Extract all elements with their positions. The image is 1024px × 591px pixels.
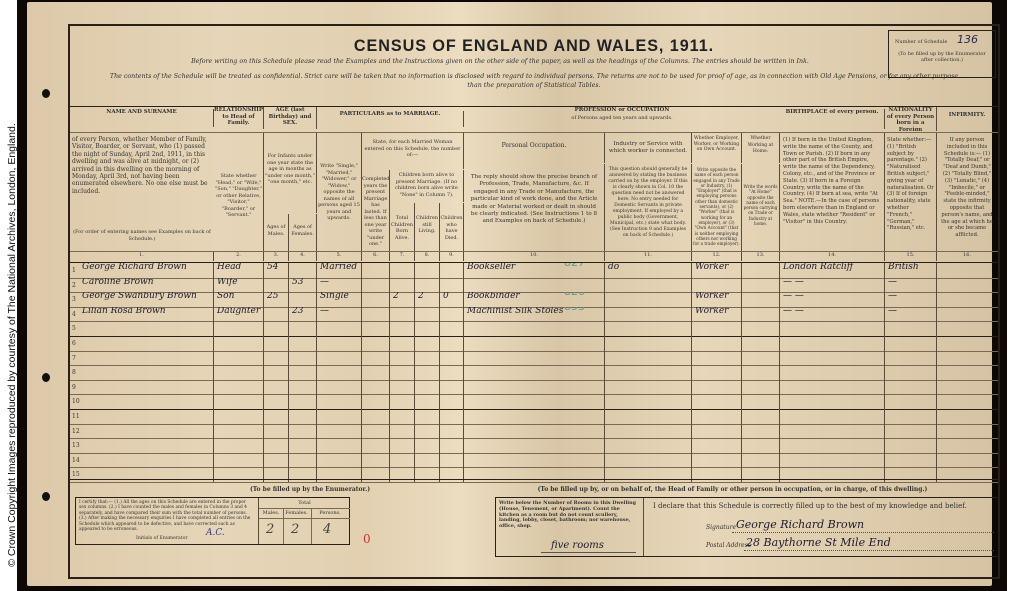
cell-living (415, 351, 440, 366)
cell-total (390, 351, 415, 366)
total-females: 2 (291, 522, 299, 537)
cell-living (415, 307, 440, 322)
col-home: Whether Working at Home. (742, 133, 780, 163)
cell-employer: Worker (692, 263, 742, 278)
cell-age-f (289, 292, 317, 307)
cell-name: Lilian Rosa Brown (70, 307, 214, 322)
cell-years (362, 321, 390, 336)
cell-total (390, 336, 415, 351)
cell-nationality: — (885, 292, 937, 307)
cell-total (390, 307, 415, 322)
cell-occupation (464, 278, 605, 293)
cell-living: 2 (415, 292, 440, 307)
cell-name (70, 365, 214, 380)
cell-relationship: Head (214, 263, 264, 278)
cell-occupation (464, 336, 605, 351)
cell-age-f (289, 453, 317, 468)
cell-name (70, 394, 214, 409)
cell-living (415, 438, 440, 453)
cell-total (390, 424, 415, 439)
table-row: Caroline BrownWife53—— ——2 (70, 278, 998, 293)
cell-nationality (885, 351, 937, 366)
cell-age-f (289, 336, 317, 351)
table-row: 6 (70, 336, 998, 351)
cell-years (362, 351, 390, 366)
col-num: 16. (937, 252, 997, 261)
col-marriage-write: Write "Single," "Married," "Widower," or… (317, 133, 362, 251)
cell-nationality (885, 336, 937, 351)
cell-employer (692, 351, 742, 366)
col-num: 5. (317, 252, 362, 261)
col-marriage-state: State, for each Married Woman entered on… (362, 133, 464, 169)
col-num: 13. (742, 252, 780, 261)
col-children-total: Total Children Born Alive. (390, 203, 415, 251)
row-number: 15 (72, 471, 80, 478)
col-num: 2. (214, 252, 264, 261)
rooms-instruction: Write below the Number of Rooms in this … (499, 501, 639, 530)
cell-marriage: — (317, 278, 362, 293)
punch-hole (42, 492, 50, 501)
occupation-code: 853 (564, 307, 585, 311)
cell-relationship: Daughter (214, 307, 264, 322)
cell-home (742, 424, 780, 439)
cell-died (440, 336, 464, 351)
cell-name (70, 380, 214, 395)
cell-home (742, 453, 780, 468)
cell-infirmity (937, 380, 997, 395)
cell-relationship: Wife (214, 278, 264, 293)
cell-years (362, 307, 390, 322)
table-row: 13 (70, 438, 998, 453)
cell-marriage: Single (317, 292, 362, 307)
cell-relationship (214, 365, 264, 380)
cell-living (415, 336, 440, 351)
col-num: 15. (885, 252, 937, 261)
cell-industry (605, 438, 692, 453)
cell-died (440, 278, 464, 293)
cell-home (742, 438, 780, 453)
cell-years (362, 409, 390, 424)
col-personal-desc: The reply should show the precise branch… (464, 164, 605, 251)
census-form: CENSUS OF ENGLAND AND WALES, 1911. Befor… (68, 24, 1000, 579)
cell-value: Head (217, 264, 241, 271)
cell-relationship (214, 336, 264, 351)
cell-home (742, 351, 780, 366)
cell-years (362, 292, 390, 307)
enumerator-heading: (To be filled up by the Enumerator.) (160, 486, 460, 493)
cell-relationship (214, 438, 264, 453)
cell-employer (692, 380, 742, 395)
col-nationality-desc: State whether:— (1) "British subject by … (885, 133, 937, 251)
cell-value: 2 (418, 293, 424, 300)
cell-employer: Worker (692, 307, 742, 322)
row-number: 6 (72, 340, 76, 347)
cell-total (390, 453, 415, 468)
cell-value: Married (320, 264, 357, 271)
cell-years (362, 365, 390, 380)
cell-age-m (264, 307, 289, 322)
total-males: 2 (266, 522, 274, 537)
cell-birthplace (780, 365, 885, 380)
cell-nationality (885, 409, 937, 424)
cell-birthplace: — — (780, 292, 885, 307)
cell-occupation (464, 424, 605, 439)
row-number: 12 (72, 428, 80, 435)
cell-occupation (464, 438, 605, 453)
cell-value: Wife (217, 279, 238, 286)
cell-value: Single (320, 293, 349, 300)
col-num: 7. (390, 252, 415, 261)
col-nationality-header: NATIONALITY of every Person born in a Fo… (885, 107, 937, 131)
cell-name (70, 409, 214, 424)
cell-died (440, 351, 464, 366)
row-number: 7 (72, 355, 76, 362)
cell-nationality: — (885, 278, 937, 293)
cell-value: Worker (695, 308, 728, 315)
cell-years (362, 278, 390, 293)
row-number: 9 (72, 384, 76, 391)
cell-value: Worker (695, 264, 728, 271)
table-row: 14 (70, 453, 998, 468)
cell-infirmity (937, 307, 997, 322)
cell-age-m (264, 409, 289, 424)
col-marriage-header: PARTICULARS as to MARRIAGE. (317, 111, 464, 127)
cell-years (362, 336, 390, 351)
cell-age-m: 54 (264, 263, 289, 278)
cell-industry (605, 307, 692, 322)
cell-value: — — (783, 308, 804, 315)
cell-value: Worker (695, 293, 728, 300)
col-employer: Whether Employer, Worker, or Working on … (692, 133, 742, 163)
cell-nationality: British (885, 263, 937, 278)
col-birthplace-header: BIRTHPLACE of every person. (780, 109, 885, 129)
cell-age-f (289, 424, 317, 439)
cell-value: Daughter (217, 308, 260, 315)
col-num: 4. (289, 252, 317, 261)
enumerator-initials: A.C. (206, 528, 225, 538)
cell-value: 53 (292, 279, 303, 286)
cell-age-m (264, 321, 289, 336)
cell-total (390, 365, 415, 380)
cell-age-f (289, 365, 317, 380)
col-num: 12. (692, 252, 742, 261)
occupation-code: 826 (564, 292, 585, 296)
postal-address-value: 28 Baythorne St Mile End (746, 536, 891, 549)
cell-name (70, 424, 214, 439)
cell-home (742, 394, 780, 409)
cell-employer (692, 394, 742, 409)
row-number: 13 (72, 442, 80, 449)
col-industry-desc: This question should generally be answer… (605, 164, 692, 251)
cell-marriage (317, 365, 362, 380)
cell-value: 2 (393, 293, 399, 300)
signature-label: Signature (706, 524, 736, 531)
cell-died (440, 380, 464, 395)
col-home-desc: Write the words "At Home" opposite the n… (742, 164, 780, 251)
table-row: 10 (70, 394, 998, 409)
cell-employer (692, 438, 742, 453)
punch-hole (42, 89, 50, 98)
cell-total (390, 394, 415, 409)
cell-industry (605, 321, 692, 336)
row-number: 3 (72, 296, 76, 303)
cell-industry (605, 351, 692, 366)
cell-infirmity (937, 336, 997, 351)
head-section-box: Write below the Number of Rooms in this … (495, 497, 998, 557)
cell-name (70, 351, 214, 366)
cell-age-m (264, 394, 289, 409)
cell-employer (692, 321, 742, 336)
cell-value: Machinist Silk Stoles (467, 308, 563, 315)
schedule-number-box: Number of Schedule 136 (To be filled up … (888, 30, 996, 78)
cell-living (415, 321, 440, 336)
col-personal-occupation: Personal Occupation. (464, 133, 605, 163)
cell-age-m (264, 365, 289, 380)
cell-years (362, 394, 390, 409)
cell-employer (692, 365, 742, 380)
cell-age-m (264, 380, 289, 395)
cell-birthplace (780, 409, 885, 424)
cell-home (742, 263, 780, 278)
cell-died (440, 394, 464, 409)
cell-living (415, 453, 440, 468)
cell-died (440, 263, 464, 278)
table-row: 7 (70, 351, 998, 366)
cell-birthplace: — — (780, 307, 885, 322)
cell-birthplace (780, 424, 885, 439)
schedule-number-value: 136 (957, 33, 978, 46)
cell-relationship (214, 453, 264, 468)
cell-name: George Richard Brown (70, 263, 214, 278)
table-row: 9 (70, 380, 998, 395)
declaration-text: I declare that this Schedule is correctl… (653, 502, 967, 510)
cell-living (415, 424, 440, 439)
cell-years (362, 453, 390, 468)
cell-infirmity (937, 263, 997, 278)
cell-marriage (317, 394, 362, 409)
cell-value: 54 (267, 264, 278, 271)
total-label: Total (259, 500, 350, 506)
cell-employer (692, 336, 742, 351)
cell-industry (605, 292, 692, 307)
cell-infirmity (937, 278, 997, 293)
cell-infirmity (937, 409, 997, 424)
cell-relationship (214, 321, 264, 336)
cell-occupation (464, 409, 605, 424)
schedule-number-note: (To be filled up by the Enumerator after… (893, 51, 991, 63)
cell-birthplace (780, 321, 885, 336)
cell-name (70, 336, 214, 351)
cell-value: Lilian Rosa Brown (82, 308, 166, 315)
cell-nationality (885, 424, 937, 439)
cell-value: British (888, 264, 919, 271)
cell-total (390, 409, 415, 424)
cell-birthplace (780, 438, 885, 453)
cell-birthplace: — — (780, 278, 885, 293)
col-num: 11. (605, 252, 692, 261)
col-age-header: AGE (last Birthday) and SEX. (264, 107, 317, 129)
cell-age-m (264, 438, 289, 453)
cell-died (440, 409, 464, 424)
cell-age-f (289, 409, 317, 424)
cell-value: — (320, 279, 329, 286)
col-infirmity-header: INFIRMITY. (937, 112, 997, 126)
cell-value: do (608, 264, 619, 271)
cell-industry (605, 394, 692, 409)
cell-age-f: 53 (289, 278, 317, 293)
signature-value: George Richard Brown (736, 518, 864, 531)
cell-value: 0 (443, 293, 449, 300)
cell-died (440, 424, 464, 439)
cell-relationship (214, 394, 264, 409)
cell-infirmity (937, 438, 997, 453)
cell-marriage: — (317, 307, 362, 322)
col-num: 14. (780, 252, 885, 261)
cell-age-m (264, 424, 289, 439)
cell-occupation (464, 321, 605, 336)
cell-marriage (317, 321, 362, 336)
females-label: Females. (283, 510, 310, 516)
cell-industry (605, 424, 692, 439)
cell-occupation: Bookseller827 (464, 263, 605, 278)
cell-age-m (264, 351, 289, 366)
cell-total: 2 (390, 292, 415, 307)
row-number: 11 (72, 413, 80, 420)
cell-total (390, 438, 415, 453)
cell-value: — (888, 279, 897, 286)
total-persons: 4 (323, 522, 331, 537)
table-row: 11 (70, 409, 998, 424)
col-name-desc: of every Person, whether Member of Famil… (72, 136, 212, 226)
col-employer-desc: Write opposite the name of each person e… (692, 164, 742, 251)
cell-age-m: 25 (264, 292, 289, 307)
enumerator-box: I certify that:— (1.) All the ages on th… (75, 497, 350, 545)
cell-value: Bookbinder (467, 293, 520, 300)
col-birthplace-desc: (1) If born in the United Kingdom, write… (780, 133, 885, 251)
cell-marriage (317, 438, 362, 453)
postal-address-label: Postal Address (706, 542, 751, 549)
cell-value: — (320, 308, 329, 315)
cell-relationship (214, 409, 264, 424)
cell-value: Son (217, 293, 234, 300)
cell-age-m (264, 336, 289, 351)
cell-name: George Swanbury Brown (70, 292, 214, 307)
confidential-line-2: than the preparation of Statistical Tabl… (74, 82, 994, 89)
table-row: George Richard BrownHead54MarriedBooksel… (70, 263, 998, 278)
cell-home (742, 278, 780, 293)
cell-industry (605, 453, 692, 468)
cell-home (742, 380, 780, 395)
cell-living (415, 365, 440, 380)
cell-age-f (289, 394, 317, 409)
col-age-females: Ages of Females. (289, 214, 317, 251)
cell-years (362, 424, 390, 439)
col-relationship-header: RELATIONSHIP to Head of Family. (214, 107, 264, 129)
cell-employer (692, 453, 742, 468)
cell-marriage (317, 453, 362, 468)
cell-employer (692, 278, 742, 293)
cell-occupation: Machinist Silk Stoles853 (464, 307, 605, 322)
cell-relationship (214, 424, 264, 439)
cell-nationality (885, 365, 937, 380)
col-name-note: (For order of entering names see Example… (72, 229, 212, 243)
cell-home (742, 292, 780, 307)
cell-home (742, 321, 780, 336)
cell-years (362, 438, 390, 453)
cell-employer (692, 424, 742, 439)
col-num: 6. (362, 252, 390, 261)
cell-nationality (885, 380, 937, 395)
col-marriage-children: Children born alive to present Marriage.… (390, 170, 464, 202)
col-num: 3. (264, 252, 289, 261)
red-mark: 0 (363, 532, 371, 546)
cell-name (70, 321, 214, 336)
cell-died (440, 307, 464, 322)
cell-birthplace (780, 336, 885, 351)
cell-industry: do (605, 263, 692, 278)
cell-marriage (317, 336, 362, 351)
cell-home (742, 409, 780, 424)
cell-died (440, 438, 464, 453)
cell-industry (605, 380, 692, 395)
col-age-desc: For Infants under one year state the age… (264, 133, 317, 213)
cell-relationship (214, 351, 264, 366)
cell-birthplace (780, 380, 885, 395)
cell-living (415, 278, 440, 293)
cell-value: 25 (267, 293, 278, 300)
cell-occupation (464, 453, 605, 468)
cell-value: — (888, 293, 897, 300)
cell-employer (692, 409, 742, 424)
instruction-line: Before writing on this Schedule please r… (130, 58, 870, 65)
col-num: 8. (415, 252, 440, 261)
cell-value: George Richard Brown (82, 264, 187, 271)
cell-infirmity (937, 351, 997, 366)
col-num: 9. (440, 252, 464, 261)
col-industry: Industry or Service with which worker is… (605, 133, 692, 163)
cell-total (390, 321, 415, 336)
cell-living (415, 380, 440, 395)
cell-marriage: Married (317, 263, 362, 278)
table-row: Lilian Rosa BrownDaughter23—Machinist Si… (70, 307, 998, 322)
cell-name: Caroline Brown (70, 278, 214, 293)
cell-total (390, 278, 415, 293)
cell-home (742, 307, 780, 322)
cell-occupation: Bookbinder826 (464, 292, 605, 307)
row-number: 4 (72, 311, 76, 318)
cell-infirmity (937, 453, 997, 468)
cell-industry (605, 365, 692, 380)
col-relationship-desc: State whether "Head," or "Wife," "Son," … (214, 133, 264, 251)
cell-years (362, 263, 390, 278)
cell-value: — — (783, 293, 804, 300)
cell-industry (605, 336, 692, 351)
row-number: 5 (72, 325, 76, 332)
cell-occupation (464, 394, 605, 409)
cell-industry (605, 278, 692, 293)
head-section-heading: (To be filled up by, or on behalf of, th… (470, 486, 995, 493)
cell-birthplace: London Ratcliff (780, 263, 885, 278)
cell-age-m (264, 453, 289, 468)
cell-birthplace (780, 453, 885, 468)
col-age-males: Ages of Males. (264, 214, 289, 251)
col-infirmity-desc: If any person included in this Schedule … (937, 133, 997, 251)
cell-age-f (289, 321, 317, 336)
rooms-value: five rooms (551, 540, 604, 551)
cell-age-f: 23 (289, 307, 317, 322)
cell-value: — — (783, 279, 804, 286)
cell-relationship (214, 380, 264, 395)
